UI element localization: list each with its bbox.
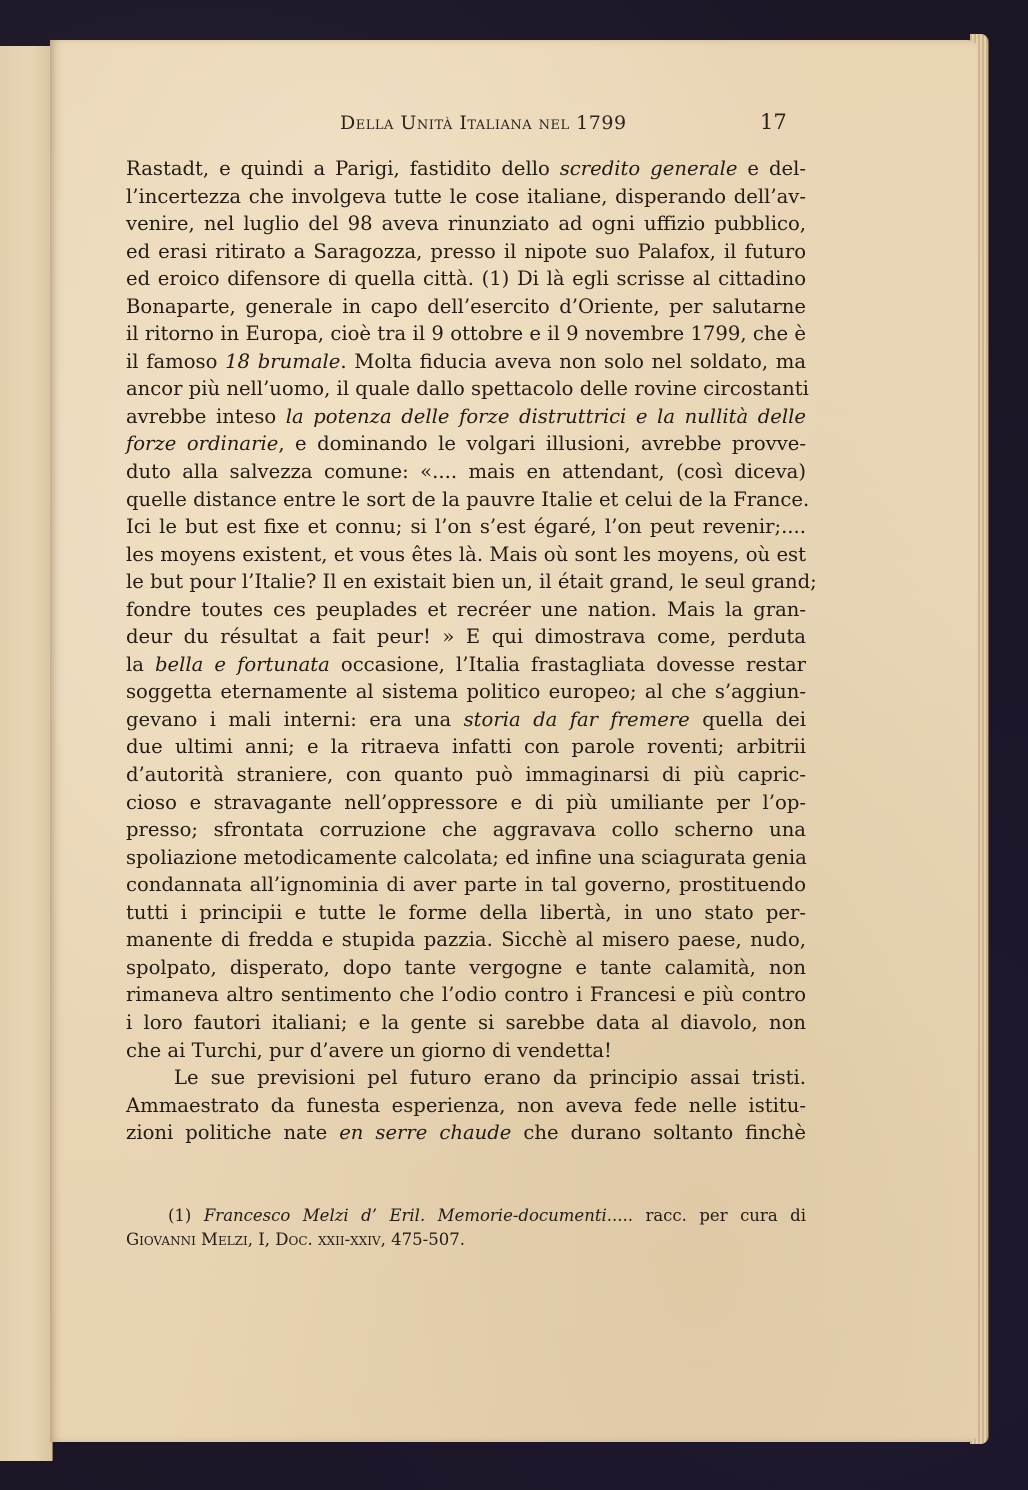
text-segment: ancor più nell’uomo, il quale dallo spet… [126, 377, 809, 400]
text-segment: (1) [168, 1206, 204, 1225]
text-segment: ..... racc. per cura di [607, 1206, 806, 1225]
italic-text: scredito generale [560, 157, 738, 180]
body-line: zioni politiche nate en serre chaude che… [126, 1119, 806, 1147]
text-segment: , 475-507. [381, 1230, 465, 1249]
text-segment: il famoso [126, 350, 225, 373]
text-segment: les moyens existent, et vous êtes là. Ma… [126, 543, 806, 566]
page-number: 17 [760, 110, 787, 134]
text-segment: le but pour l’Italie? Il en existait bie… [126, 570, 817, 593]
text-segment: spoliazione metodicamente calcolata; ed … [126, 846, 807, 869]
text-segment: ed eroico difensore di quella città. (1)… [126, 267, 806, 290]
text-segment: , e dominando le volgari illusioni, avre… [278, 432, 806, 455]
text-segment: e del- [737, 157, 806, 180]
body-line: Ici le but est fixe et connu; si l’on s’… [126, 513, 806, 541]
body-line: avrebbe inteso la potenza delle forze di… [126, 403, 806, 431]
text-segment: occasione, l’Italia frastagliata dovesse… [330, 653, 806, 676]
italic-text: forze ordinarie [126, 432, 278, 455]
text-segment: cioso e stravagante nell’oppressore e di… [126, 791, 806, 814]
text-segment: , I, [248, 1230, 276, 1249]
text-segment: gevano i mali interni: era una [126, 708, 464, 731]
text-segment: venire, nel luglio del 98 aveva rinunzia… [126, 212, 806, 235]
body-line: d’autorità straniere, con quanto può imm… [126, 761, 806, 789]
body-line: cioso e stravagante nell’oppressore e di… [126, 789, 806, 817]
text-segment: Rastadt, e quindi a Parigi, fastidito de… [126, 157, 560, 180]
body-line: duto alla salvezza comune: «.... mais en… [126, 458, 806, 486]
body-line: Rastadt, e quindi a Parigi, fastidito de… [126, 155, 806, 183]
italic-text: bella e fortunata [155, 653, 330, 676]
body-line: tutti i principii e tutte le forme della… [126, 899, 806, 927]
text-segment: spolpato, disperato, dopo tante vergogne… [126, 956, 806, 979]
text-segment: manente di fredda e stupida pazzia. Sicc… [126, 928, 806, 951]
body-line: fondre toutes ces peuplades et recréer u… [126, 596, 806, 624]
body-text: Rastadt, e quindi a Parigi, fastidito de… [126, 155, 806, 1147]
text-segment: Ici le but est fixe et connu; si l’on s’… [126, 515, 806, 538]
italic-text: la potenza delle forze distruttrici e la… [286, 405, 806, 428]
text-segment: . Molta fiducia aveva non solo nel solda… [340, 350, 806, 373]
body-line: soggetta eternamente al sistema politico… [126, 678, 806, 706]
italic-text: 18 brumale [225, 350, 340, 373]
italic-text: Francesco Melzi d’ Eril. Memorie-documen… [204, 1206, 607, 1225]
italic-text: en serre chaude [339, 1121, 511, 1144]
text-segment: rimaneva altro sentimento che l’odio con… [126, 983, 806, 1006]
body-line: ed erasi ritirato a Saragozza, presso il… [126, 238, 806, 266]
text-segment: quelle distance entre le sort de la pauv… [126, 488, 809, 511]
body-line: manente di fredda e stupida pazzia. Sicc… [126, 926, 806, 954]
body-line: il ritorno in Europa, cioè tra il 9 otto… [126, 320, 806, 348]
body-line: l’incertezza che involgeva tutte le cose… [126, 183, 806, 211]
body-line: le but pour l’Italie? Il en existait bie… [126, 568, 806, 596]
body-line: il famoso 18 brumale. Molta fiducia avev… [126, 348, 806, 376]
text-segment: zioni politiche nate [126, 1121, 339, 1144]
body-line: gevano i mali interni: era una storia da… [126, 706, 806, 734]
body-line: les moyens existent, et vous êtes là. Ma… [126, 541, 806, 569]
text-segment: tutti i principii e tutte le forme della… [126, 901, 806, 924]
text-segment: l’incertezza che involgeva tutte le cose… [126, 185, 806, 208]
footnote-line: (1) Francesco Melzi d’ Eril. Memorie-doc… [126, 1204, 806, 1228]
text-segment: che durano soltanto finchè [511, 1121, 806, 1144]
body-line: ancor più nell’uomo, il quale dallo spet… [126, 375, 806, 403]
body-line: ed eroico difensore di quella città. (1)… [126, 265, 806, 293]
text-segment: la [126, 653, 155, 676]
text-segment: d’autorità straniere, con quanto può imm… [126, 763, 806, 786]
text-segment: Le sue previsioni pel futuro erano da pr… [174, 1066, 806, 1089]
text-segment: presso; sfrontata corruzione che aggrava… [126, 818, 806, 841]
text-segment: condannata all’ignominia di aver parte i… [126, 873, 806, 896]
text-segment: Bonaparte, generale in capo dell’esercit… [126, 295, 806, 318]
facing-page-edge [0, 46, 53, 1461]
body-line: venire, nel luglio del 98 aveva rinunzia… [126, 210, 806, 238]
small-caps-text: Doc. xxii-xxiv [275, 1230, 380, 1249]
footnote: (1) Francesco Melzi d’ Eril. Memorie-doc… [126, 1204, 806, 1252]
text-segment: duto alla salvezza comune: «.... mais en… [126, 460, 806, 483]
small-caps-text: Giovanni Melzi [126, 1230, 248, 1249]
body-line: che ai Turchi, pur d’avere un giorno di … [126, 1037, 806, 1065]
text-segment: che ai Turchi, pur d’avere un giorno di … [126, 1039, 612, 1062]
text-segment: deur du résultat a fait peur! » E qui di… [126, 625, 806, 648]
text-segment: quella dei [690, 708, 806, 731]
footnote-line: Giovanni Melzi, I, Doc. xxii-xxiv, 475-5… [126, 1228, 806, 1252]
body-line: deur du résultat a fait peur! » E qui di… [126, 623, 806, 651]
text-segment: ed erasi ritirato a Saragozza, presso il… [126, 240, 806, 263]
body-line: condannata all’ignominia di aver parte i… [126, 871, 806, 899]
text-segment: due ultimi anni; e la ritraeva infatti c… [126, 735, 806, 758]
body-line: Ammaestrato da funesta esperienza, non a… [126, 1092, 806, 1120]
body-line: i loro fautori italiani; e la gente si s… [126, 1009, 806, 1037]
body-line: due ultimi anni; e la ritraeva infatti c… [126, 733, 806, 761]
text-segment: fondre toutes ces peuplades et recréer u… [126, 598, 806, 621]
text-segment: il ritorno in Europa, cioè tra il 9 otto… [126, 322, 806, 345]
body-line: Bonaparte, generale in capo dell’esercit… [126, 293, 806, 321]
body-line: Le sue previsioni pel futuro erano da pr… [126, 1064, 806, 1092]
italic-text: storia da far fremere [464, 708, 690, 731]
body-line: forze ordinarie, e dominando le volgari … [126, 430, 806, 458]
text-segment: i loro fautori italiani; e la gente si s… [126, 1011, 806, 1034]
body-line: quelle distance entre le sort de la pauv… [126, 486, 806, 514]
body-line: presso; sfrontata corruzione che aggrava… [126, 816, 806, 844]
body-line: spoliazione metodicamente calcolata; ed … [126, 844, 806, 872]
text-segment: avrebbe inteso [126, 405, 286, 428]
body-line: spolpato, disperato, dopo tante vergogne… [126, 954, 806, 982]
body-line: rimaneva altro sentimento che l’odio con… [126, 981, 806, 1009]
body-line: la bella e fortunata occasione, l’Italia… [126, 651, 806, 679]
text-segment: soggetta eternamente al sistema politico… [126, 680, 806, 703]
running-title: Della Unità Italiana nel 1799 [340, 112, 627, 134]
text-segment: Ammaestrato da funesta esperienza, non a… [126, 1094, 806, 1117]
